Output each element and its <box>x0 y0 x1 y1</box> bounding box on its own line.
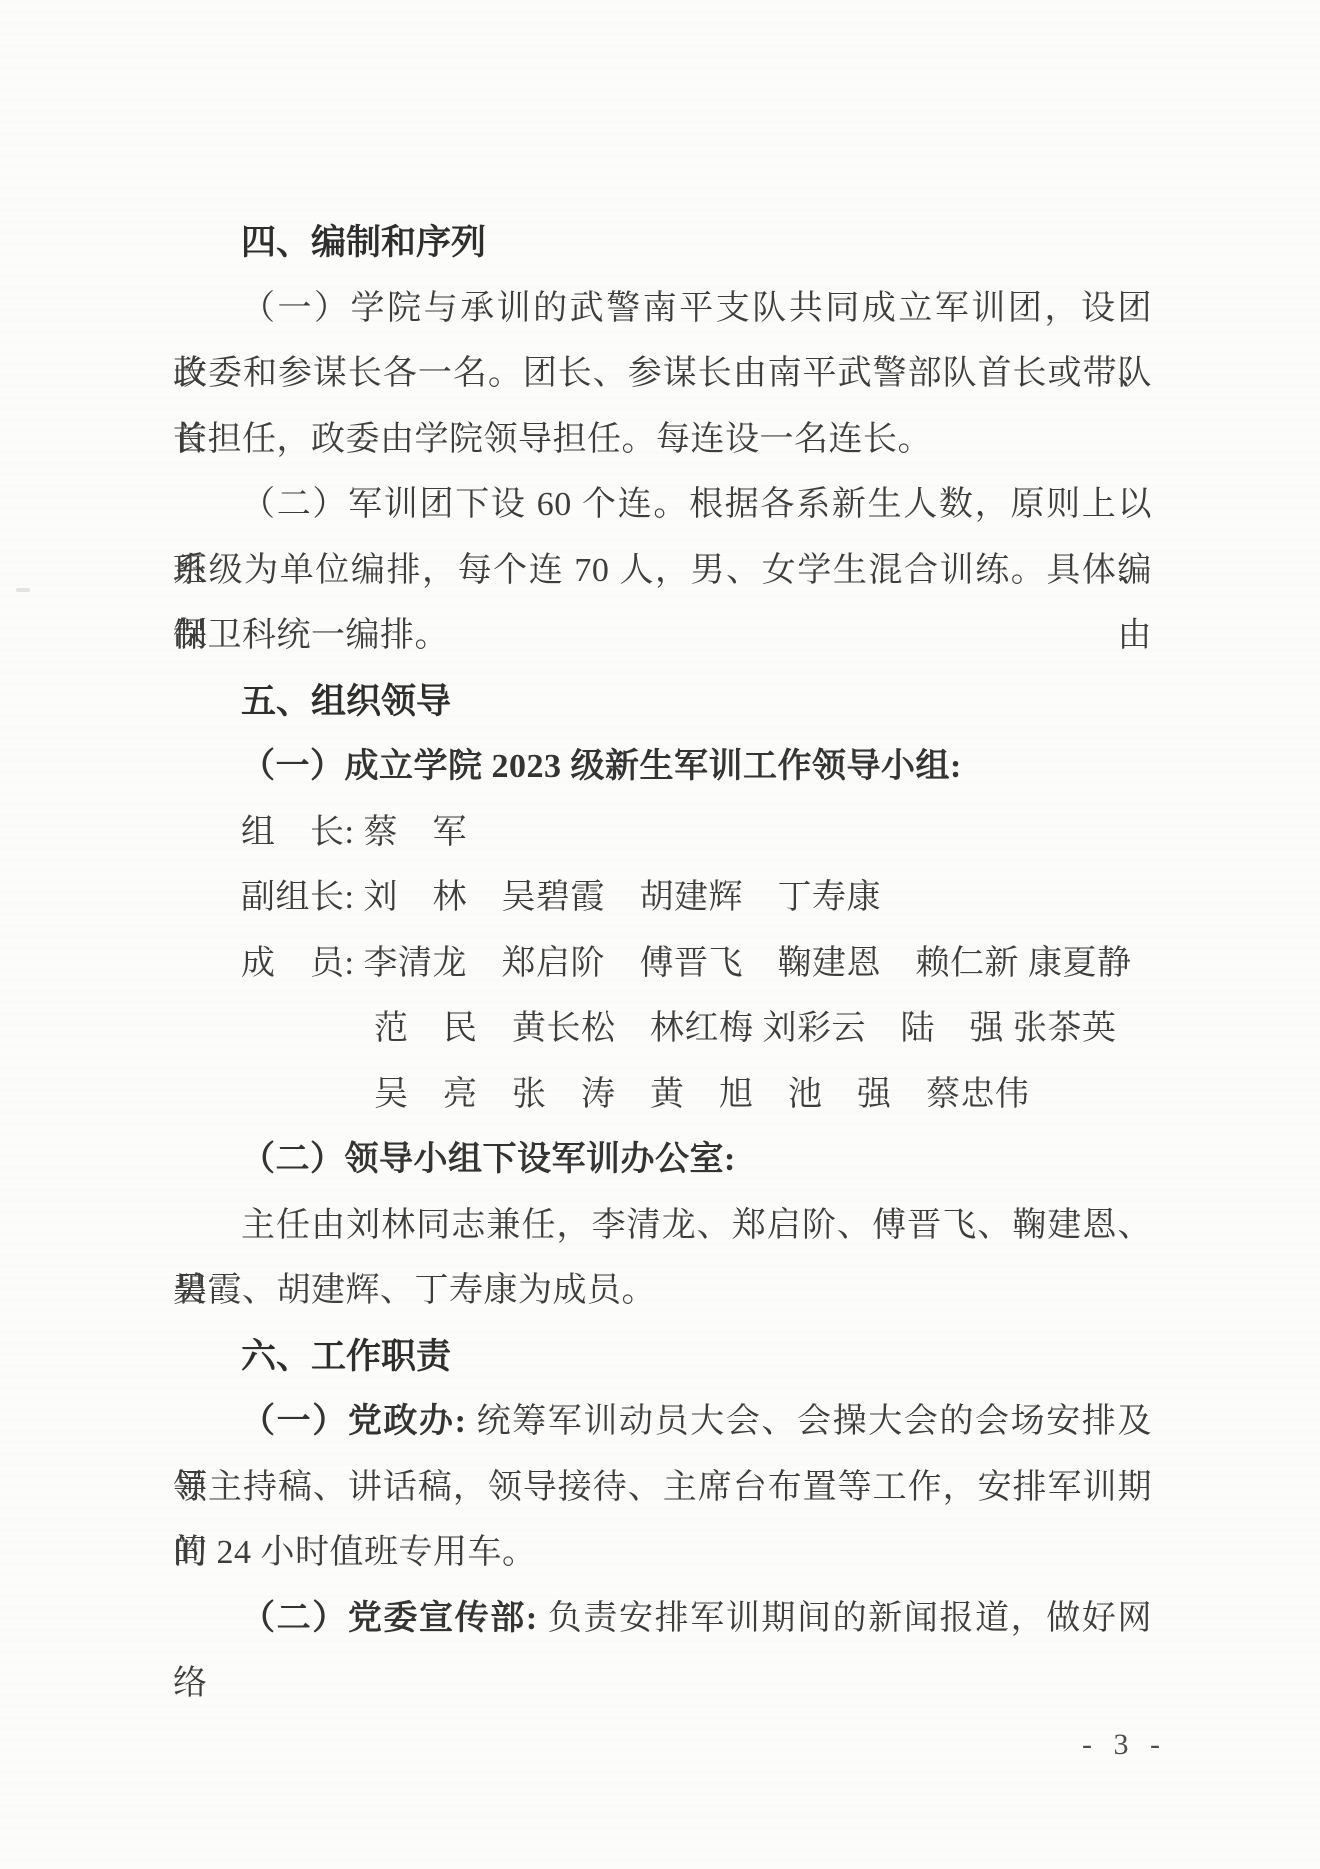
subsection-heading: （一）成立学院 2023 级新生军训工作领导小组: <box>173 734 1152 800</box>
document-page: 四、编制和序列（一）学院与承训的武警南平支队共同成立军训团，设团长、政委和参谋长… <box>0 0 1320 1869</box>
deputy-leader-line: 副组长: 刘 林 吴碧霞 胡建辉 丁寿康 <box>173 865 1152 931</box>
member-line: 成 员: 李清龙 郑启阶 傅晋飞 鞠建恩 赖仁新 康夏静 <box>173 931 1152 997</box>
scan-speck <box>16 588 30 592</box>
paragraph-line: （一）党政办: 统筹军训动员大会、会操大会的会场安排及领 <box>173 1389 1152 1455</box>
member-line: 吴 亮 张 涛 黄 旭 池 强 蔡忠伟 <box>173 1062 1152 1128</box>
paragraph-line: 碧霞、胡建辉、丁寿康为成员。 <box>173 1258 1152 1324</box>
paragraph-line: 的 24 小时值班专用车。 <box>173 1520 1152 1586</box>
section-heading-4: 四、编制和序列 <box>173 210 1152 276</box>
leader-line: 组 长: 蔡 军 <box>173 800 1152 866</box>
document-body: 四、编制和序列（一）学院与承训的武警南平支队共同成立军训团，设团长、政委和参谋长… <box>173 210 1152 1651</box>
section-heading-5: 五、组织领导 <box>173 669 1152 735</box>
bold-run: （一）党政办: <box>241 1403 466 1440</box>
paragraph-line: （一）学院与承训的武警南平支队共同成立军训团，设团长、 <box>173 276 1152 342</box>
paragraph-line: （二）军训团下设 60 个连。根据各系新生人数，原则上以系、 <box>173 472 1152 538</box>
subsection-heading: （二）领导小组下设军训办公室: <box>173 1127 1152 1193</box>
paragraph-line: 长担任，政委由学院领导担任。每连设一名连长。 <box>173 407 1152 473</box>
bold-run: （二）党委宣传部: <box>241 1600 538 1637</box>
paragraph-line: 班级为单位编排，每个连 70 人，男、女学生混合训练。具体编制由 <box>173 538 1152 604</box>
paragraph-line: （二）党委宣传部: 负责安排军训期间的新闻报道，做好网络 <box>173 1586 1152 1652</box>
member-line: 范 民 黄长松 林红梅 刘彩云 陆 强 张茶英 <box>173 996 1152 1062</box>
page-number: - 3 - <box>1082 1728 1167 1762</box>
paragraph-line: 主任由刘林同志兼任，李清龙、郑启阶、傅晋飞、鞠建恩、吴 <box>173 1193 1152 1259</box>
paragraph-line: 导主持稿、讲话稿，领导接待、主席台布置等工作，安排军训期间 <box>173 1455 1152 1521</box>
paragraph-line: 政委和参谋长各一名。团长、参谋长由南平武警部队首长或带队首 <box>173 341 1152 407</box>
section-heading-6: 六、工作职责 <box>173 1324 1152 1390</box>
